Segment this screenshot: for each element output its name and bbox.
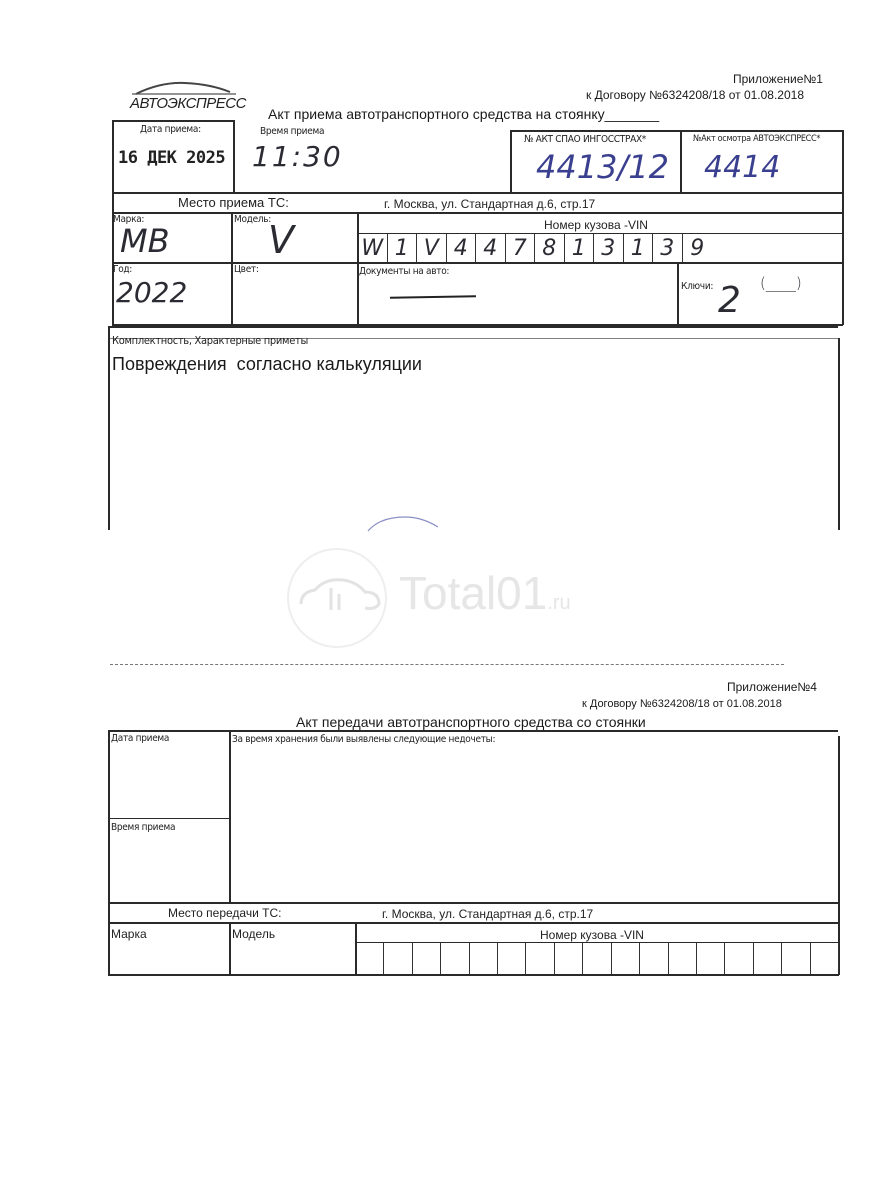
total01-watermark: Total01.ru	[287, 548, 597, 648]
act-title: Акт приема автотранспортного средства на…	[268, 106, 659, 122]
vin-cell[interactable]: W	[358, 234, 388, 262]
release-place-value: г. Москва, ул. Стандартная д.6, стр.17	[382, 907, 593, 921]
appendix-number: Приложение№1	[733, 72, 823, 86]
vin-cell[interactable]: 4	[447, 234, 477, 262]
keys-extra-blank: (____)	[760, 274, 802, 292]
equipment-label: Комплектность, Характерные приметы	[112, 334, 308, 347]
release-vin-cell[interactable]	[526, 943, 554, 974]
date-received-label: Дата приема:	[140, 124, 201, 135]
release-vin-cells-row	[356, 943, 839, 974]
contract-reference: к Договору №6324208/18 от 01.08.2018	[586, 88, 804, 102]
release-vin-cell[interactable]	[754, 943, 782, 974]
year-label: Год:	[113, 264, 132, 275]
release-act-title: Акт передачи автотранспортного средства …	[296, 714, 646, 730]
release-vin-cell[interactable]	[697, 943, 725, 974]
inspection-act-value[interactable]: 4414	[704, 150, 780, 185]
date-received-stamp: 16 ДЕК 2025	[118, 148, 225, 168]
documents-dash-mark	[390, 295, 476, 299]
vin-cell[interactable]: 9	[683, 234, 713, 262]
release-vin-cell[interactable]	[498, 943, 526, 974]
release-vin-cell[interactable]	[441, 943, 469, 974]
logo-text: АВТОЭКСПРЕСС	[130, 95, 246, 112]
release-vin-cell[interactable]	[640, 943, 668, 974]
release-vin-cell[interactable]	[725, 943, 753, 974]
release-vin-cell[interactable]	[384, 943, 412, 974]
brand-value[interactable]: MB	[120, 222, 170, 260]
release-vin-cell[interactable]	[413, 943, 441, 974]
act-title-text: Акт приема автотранспортного средства на…	[268, 106, 605, 122]
release-place-label: Место передачи ТС:	[168, 906, 281, 920]
vin-cells-row: W1V447813139	[358, 234, 683, 262]
vin-cell[interactable]: 8	[535, 234, 565, 262]
insurer-act-label: № АКТ СПАО ИНГОССТРАХ*	[524, 134, 646, 145]
release-date-label: Дата приема	[111, 733, 169, 744]
watermark-suffix: .ru	[547, 592, 570, 614]
watermark-brand: Total01	[399, 567, 547, 619]
place-received-label: Место приема ТС:	[178, 195, 289, 210]
release-vin-cell[interactable]	[470, 943, 498, 974]
model-label: Модель:	[234, 214, 271, 225]
color-label: Цвет:	[234, 264, 259, 275]
cut-line	[110, 664, 784, 665]
place-received-value: г. Москва, ул. Стандартная д.6, стр.17	[384, 197, 595, 211]
vin-cell[interactable]: 3	[594, 234, 624, 262]
contract-reference-4: к Договору №6324208/18 от 01.08.2018	[582, 698, 782, 710]
release-vin-label: Номер кузова -VIN	[540, 928, 644, 942]
watermark-car-icon	[295, 574, 385, 618]
release-vin-cell[interactable]	[669, 943, 697, 974]
release-vin-cell[interactable]	[612, 943, 640, 974]
autoexpress-logo: АВТОЭКСПРЕСС	[130, 78, 240, 118]
time-received-value[interactable]: 11:30	[252, 140, 343, 173]
year-value[interactable]: 2022	[116, 276, 187, 309]
act-title-blank: _______	[605, 106, 660, 122]
defects-label: За время хранения были выявлены следующи…	[232, 734, 495, 745]
watermark-text: Total01.ru	[399, 566, 571, 620]
vin-cell[interactable]: V	[417, 234, 447, 262]
release-model-label: Модель	[232, 927, 275, 941]
vin-cell[interactable]: 3	[653, 234, 683, 262]
appendix-number-4: Приложение№4	[727, 680, 817, 694]
release-time-label: Время приема	[111, 822, 175, 833]
release-vin-cell[interactable]	[356, 943, 384, 974]
vin-cell[interactable]: 1	[388, 234, 418, 262]
release-vin-cell[interactable]	[583, 943, 611, 974]
car-silhouette-icon	[130, 80, 240, 96]
signature-mark	[360, 513, 450, 533]
vin-label: Номер кузова -VIN	[544, 218, 648, 232]
documents-label: Документы на авто:	[359, 266, 449, 277]
release-vin-cell[interactable]	[782, 943, 810, 974]
vin-cell[interactable]: 1	[624, 234, 654, 262]
vin-cell[interactable]: 4	[476, 234, 506, 262]
release-vin-cell[interactable]	[811, 943, 839, 974]
release-vin-cell[interactable]	[555, 943, 583, 974]
time-received-label: Время приема	[260, 126, 324, 137]
vin-cell[interactable]: 1	[565, 234, 595, 262]
equipment-value: Повреждения согласно калькуляции	[112, 354, 422, 375]
inspection-act-label: №Акт осмотра АВТОЭКСПРЕСС*	[693, 134, 820, 144]
release-brand-label: Марка	[111, 927, 147, 941]
vin-cell[interactable]: 7	[506, 234, 536, 262]
keys-value[interactable]: 2	[718, 280, 741, 321]
keys-label: Ключи:	[681, 281, 713, 292]
insurer-act-value[interactable]: 4413/12	[536, 148, 669, 186]
model-value[interactable]: V	[268, 218, 294, 262]
